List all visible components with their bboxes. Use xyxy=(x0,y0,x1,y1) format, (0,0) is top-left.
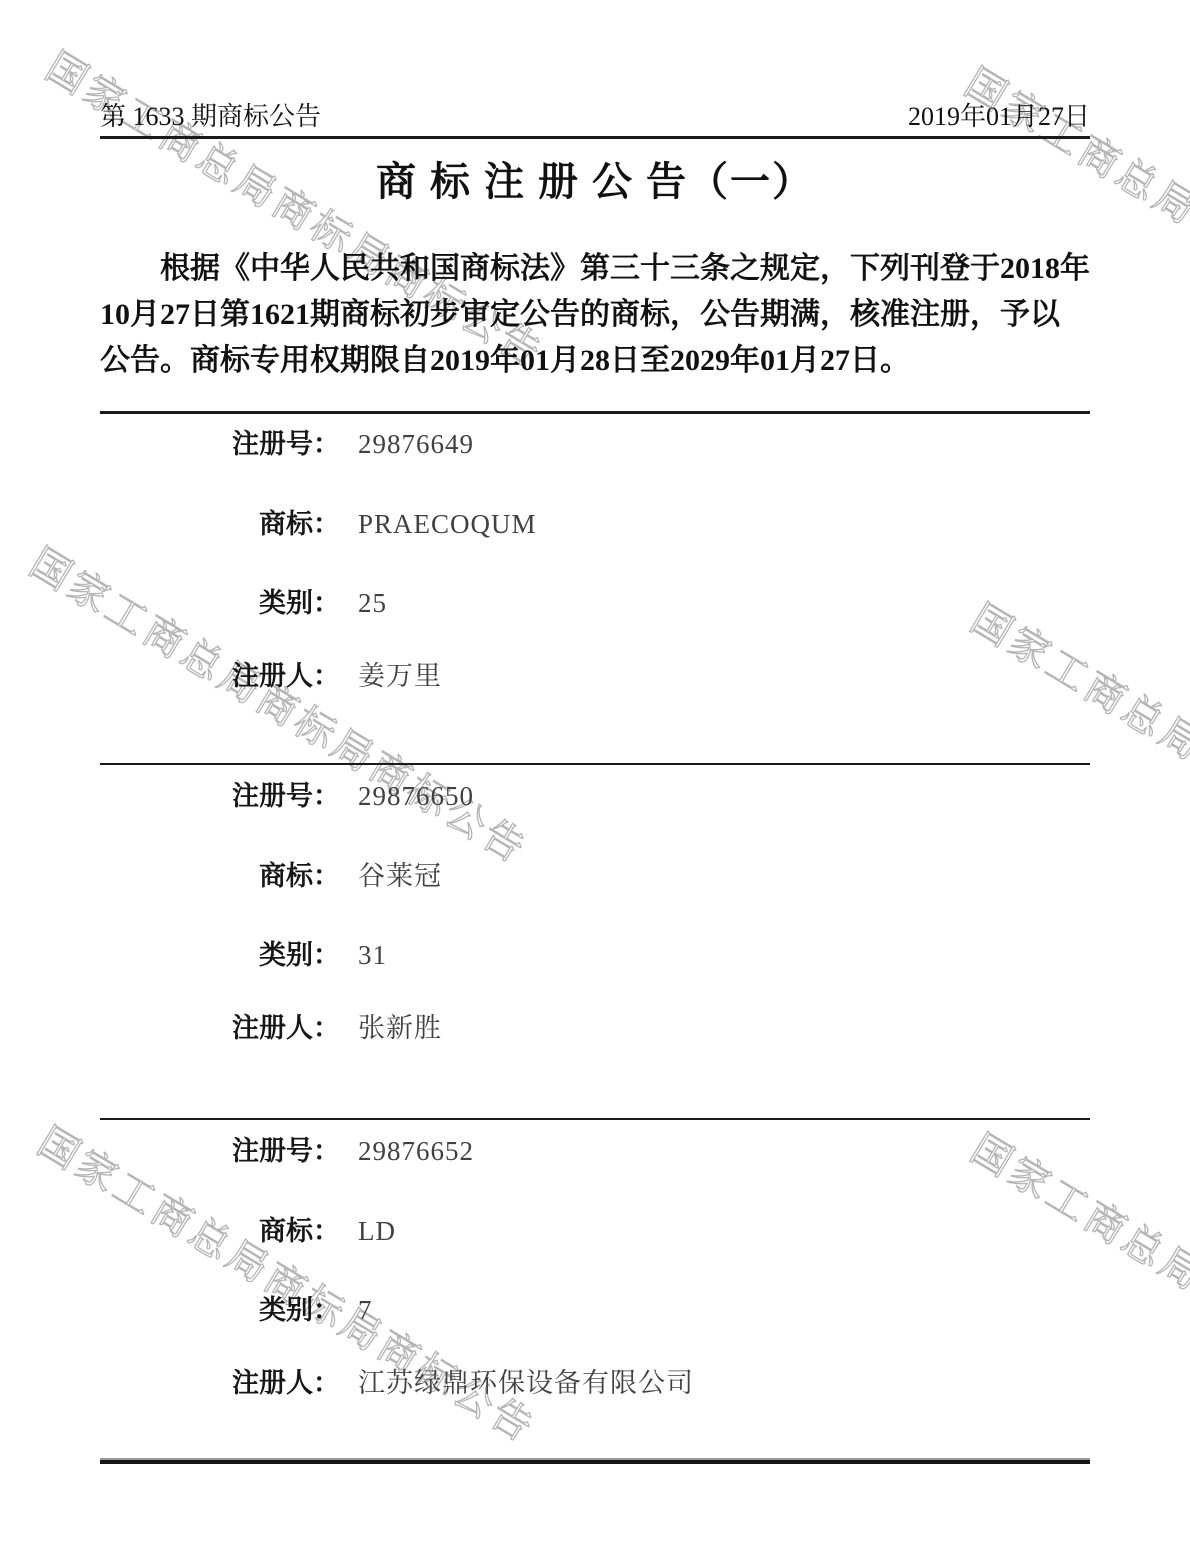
field-label: 商标： xyxy=(100,509,340,539)
field-label: 类别： xyxy=(100,940,340,970)
field-value-category: 25 xyxy=(358,588,387,618)
field-row-registrant: 注册人： 姜万里 xyxy=(100,661,1090,691)
header-divider xyxy=(100,136,1090,139)
trademark-entry: 注册号： 29876649 商标： PRAECOQUM 类别： 25 注册人： … xyxy=(100,411,1090,763)
field-row-registrant: 注册人： 张新胜 xyxy=(100,1013,1090,1043)
field-value-reg-no: 29876649 xyxy=(358,429,474,459)
trademark-entry: 注册号： 29876650 商标： 谷莱冠 类别： 31 注册人： 张新胜 xyxy=(100,763,1090,1118)
field-value-reg-no: 29876652 xyxy=(358,1136,474,1166)
intro-line: 10月27日第1621期商标初步审定公告的商标，公告期满，核准注册，予以 xyxy=(100,292,1090,338)
field-row-category: 类别： 7 xyxy=(100,1295,1090,1325)
field-label: 注册号： xyxy=(100,429,340,459)
gazette-page: 国家工商总局商标局商标公告 国家工商总局商标局商标公告 国家工商总局商标局商标公… xyxy=(0,0,1190,1564)
field-label: 注册人： xyxy=(100,661,340,691)
field-value-trademark: 谷莱冠 xyxy=(358,861,442,891)
page-title: 商 标 注 册 公 告（一） xyxy=(0,150,1190,207)
field-row-trademark: 商标： LD xyxy=(100,1216,1090,1246)
intro-line: 公告。商标专用权期限自2019年01月28日至2029年01月27日。 xyxy=(100,338,1090,384)
field-row-category: 类别： 31 xyxy=(100,940,1090,970)
trademark-entry: 注册号： 29876652 商标： LD 类别： 7 注册人： 江苏绿鼎环保设备… xyxy=(100,1118,1090,1460)
field-value-trademark: PRAECOQUM xyxy=(358,509,537,539)
field-value-registrant: 张新胜 xyxy=(358,1013,442,1043)
field-row-reg-no: 注册号： 29876649 xyxy=(100,429,1090,459)
field-row-reg-no: 注册号： 29876650 xyxy=(100,781,1090,811)
field-row-trademark: 商标： 谷莱冠 xyxy=(100,861,1090,891)
field-row-registrant: 注册人： 江苏绿鼎环保设备有限公司 xyxy=(100,1368,1090,1398)
field-row-category: 类别： 25 xyxy=(100,588,1090,618)
field-value-reg-no: 29876650 xyxy=(358,781,474,811)
field-label: 类别： xyxy=(100,588,340,618)
field-label: 注册号： xyxy=(100,781,340,811)
header-date: 2019年01月27日 xyxy=(908,96,1090,133)
document-content: 第 1633 期商标公告 2019年01月27日 商 标 注 册 公 告（一） … xyxy=(0,0,1190,1564)
field-row-trademark: 商标： PRAECOQUM xyxy=(100,509,1090,539)
intro-line: 根据《中华人民共和国商标法》第三十三条之规定，下列刊登于2018年 xyxy=(100,246,1090,292)
field-value-category: 31 xyxy=(358,940,387,970)
header-issue-number: 第 1633 期商标公告 xyxy=(100,96,321,133)
field-value-registrant: 江苏绿鼎环保设备有限公司 xyxy=(358,1368,694,1398)
field-label: 商标： xyxy=(100,861,340,891)
field-label: 类别： xyxy=(100,1295,340,1325)
intro-paragraph: 根据《中华人民共和国商标法》第三十三条之规定，下列刊登于2018年 10月27日… xyxy=(100,246,1090,384)
field-row-reg-no: 注册号： 29876652 xyxy=(100,1136,1090,1166)
field-label: 注册人： xyxy=(100,1368,340,1398)
field-label: 注册号： xyxy=(100,1136,340,1166)
field-value-registrant: 姜万里 xyxy=(358,661,442,691)
field-value-trademark: LD xyxy=(358,1216,396,1246)
field-value-category: 7 xyxy=(358,1295,373,1325)
field-label: 商标： xyxy=(100,1216,340,1246)
table-bottom-divider xyxy=(100,1460,1090,1464)
field-label: 注册人： xyxy=(100,1013,340,1043)
